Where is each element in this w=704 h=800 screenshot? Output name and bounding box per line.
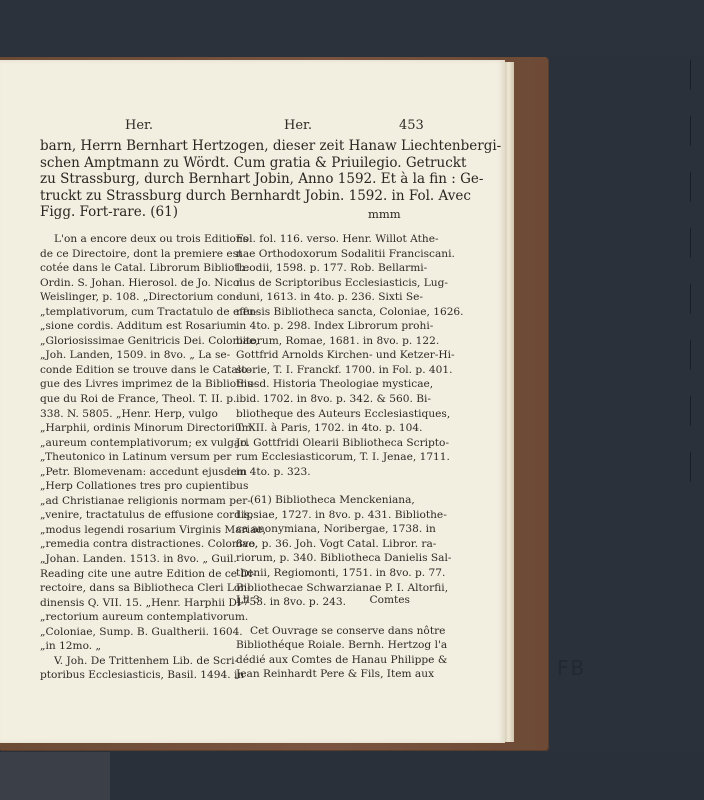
- text-line: „templativorum, cum Tractatulo de effu-: [40, 305, 214, 320]
- text-line: dédié aux Comtes de Hanau Philippe &: [236, 653, 410, 668]
- text-line: rum Ecclesiasticorum, T. I. Jenae, 1711.: [236, 450, 410, 465]
- footnote-line: (61) Bibliotheca Menckeniana,: [236, 493, 410, 508]
- text-line: de ce Directoire, dont la premiere est: [40, 247, 214, 262]
- text-line: „venire, tractatulus de effusione cordis…: [40, 508, 214, 523]
- running-head-center: Her.: [284, 118, 312, 133]
- text-line: gue des Livres imprimez de la Biblioths-: [40, 377, 214, 392]
- text-line: „rectorium aureum contemplativorum.: [40, 610, 214, 625]
- text-line: ptoribus Ecclesiasticis, Basil. 1494. in: [40, 668, 214, 683]
- text-line: „remedia contra distractiones. Coloniae,: [40, 537, 214, 552]
- text-line: storie, T. I. Franckf. 1700. in Fol. p. …: [236, 363, 410, 378]
- text-line: „modus legendi rosarium Virginis Mariae,: [40, 523, 214, 538]
- running-head-left: Her.: [125, 118, 153, 133]
- background-mark: FB: [557, 656, 586, 680]
- text-line: zu Strassburg, durch Bernhart Jobin, Ann…: [40, 171, 412, 188]
- text-line: truckt zu Strassburg durch Bernhardt Job…: [40, 188, 412, 205]
- footnote-line: ca anonymiana, Noribergae, 1738. in: [236, 522, 410, 537]
- text-line: bliotheque des Auteurs Ecclesiastiques,: [236, 407, 410, 422]
- text-line: L'on a encore deux ou trois Editions: [40, 232, 214, 247]
- text-line: „Johan. Landen. 1513. in 8vo. „ Guil.: [40, 552, 214, 567]
- text-line: in 4to. p. 298. Index Librorum prohi-: [236, 319, 410, 334]
- text-line: „aureum contemplativorum; ex vulgari: [40, 436, 214, 451]
- footnote-line: thenii, Regiomonti, 1751. in 8vo. p. 77.: [236, 566, 410, 581]
- page-number: 453: [399, 118, 424, 133]
- text-line: „Gloriosissimae Genitricis Dei. Coloniae…: [40, 334, 214, 349]
- text-line: bitorum, Romae, 1681. in 8vo. p. 122.: [236, 334, 410, 349]
- text-line: dinensis Q. VII. 15. „Henr. Harphii Di-: [40, 596, 214, 611]
- text-line: Gottfrid Arnolds Kirchen- und Ketzer-Hi-: [236, 348, 410, 363]
- catchword-bottom: Comtes: [370, 594, 411, 606]
- right-column: Fol. fol. 116. verso. Henr. Willot Athe-…: [236, 232, 410, 682]
- top-paragraph: barn, Herrn Bernhart Hertzogen, dieser z…: [40, 138, 412, 221]
- scan-edge-marks: [690, 60, 692, 620]
- left-column: L'on a encore deux ou trois Editions de …: [40, 232, 214, 683]
- footnote-line: 8vo. p. 36. Joh. Vogt Catal. Libror. ra-: [236, 537, 410, 552]
- text-line: „Petr. Blomevenam: accedunt ejusdem: [40, 465, 214, 480]
- text-line: „sione cordis. Additum est Rosarium: [40, 319, 214, 334]
- text-line: „Coloniae, Sump. B. Gualtherii. 1604.: [40, 625, 214, 640]
- text-line: Leodii, 1598. p. 177. Rob. Bellarmi-: [236, 261, 410, 276]
- text-line: ibid. 1702. in 8vo. p. 342. & 560. Bi-: [236, 392, 410, 407]
- footnote-line: riorum, p. 340. Bibliotheca Danielis Sal…: [236, 551, 410, 566]
- background-shadow: [0, 752, 110, 800]
- text-line: „Joh. Landen, 1509. in 8vo. „ La se-: [40, 348, 214, 363]
- text-line: schen Amptmann zu Wördt. Cum gratia & Pr…: [40, 155, 412, 172]
- text-line: Eiusd. Historia Theologiae mysticae,: [236, 377, 410, 392]
- text-line: „Theutonico in Latinum versum per: [40, 450, 214, 465]
- text-line: in 4to. p. 323.: [236, 465, 410, 480]
- signature-mark: Lll 3: [236, 594, 260, 606]
- text-line: nensis Bibliotheca sancta, Coloniae, 162…: [236, 305, 410, 320]
- background-top: [0, 0, 704, 55]
- text-line: que du Roi de France, Theol. T. II. p.: [40, 392, 214, 407]
- text-line: conde Edition se trouve dans le Catalo-: [40, 363, 214, 378]
- text-line: barn, Herrn Bernhart Hertzogen, dieser z…: [40, 138, 412, 155]
- footnote-line: Lipsiae, 1727. in 8vo. p. 431. Bibliothe…: [236, 508, 410, 523]
- text-line: rectoire, dans sa Bibliotheca Cleri Lon-: [40, 581, 214, 596]
- text-line: „ad Christianae religionis normam per-: [40, 494, 214, 509]
- footnote-line: Bibliothecae Schwarzianae P. I. Altorfii…: [236, 581, 410, 596]
- text-line: Jo. Gottfridi Olearii Bibliotheca Script…: [236, 436, 410, 451]
- text-line: Cet Ouvrage se conserve dans nôtre: [236, 624, 410, 639]
- text-line: Bibliothéque Roiale. Bernh. Hertzog l'a: [236, 638, 410, 653]
- text-line: Jean Reinhardt Pere & Fils, Item aux: [236, 667, 410, 682]
- text-line: Figg. Fort-rare. (61): [40, 204, 412, 221]
- text-line: Ordin. S. Johan. Hierosol. de Jo. Nicol.: [40, 276, 214, 291]
- text-line: T. XII. à Paris, 1702. in 4to. p. 104.: [236, 421, 410, 436]
- text-line: cotée dans le Catal. Librorum Biblioth.: [40, 261, 214, 276]
- text-line: 338. N. 5805. „Henr. Herp, vulgo: [40, 407, 214, 422]
- paragraph-gap: [236, 610, 410, 624]
- text-line: V. Joh. De Trittenhem Lib. de Scri-: [40, 654, 214, 669]
- text-line: Fol. fol. 116. verso. Henr. Willot Athe-: [236, 232, 410, 247]
- paragraph-gap: [236, 479, 410, 493]
- text-line: nae Orthodoxorum Sodalitii Franciscani.: [236, 247, 410, 262]
- text-line: „Herp Collationes tres pro cupientibus: [40, 479, 214, 494]
- catchword-top: mmm: [368, 207, 401, 221]
- text-line: Reading cite une autre Edition de ce Di-: [40, 567, 214, 582]
- text-line: „in 12mo. „: [40, 639, 214, 654]
- text-line: nus de Scriptoribus Ecclesiasticis, Lug-: [236, 276, 410, 291]
- text-line: Weislinger, p. 108. „Directorium con-: [40, 290, 214, 305]
- text-line: „Harphii, ordinis Minorum Directorium: [40, 421, 214, 436]
- text-line: duni, 1613. in 4to. p. 236. Sixti Se-: [236, 290, 410, 305]
